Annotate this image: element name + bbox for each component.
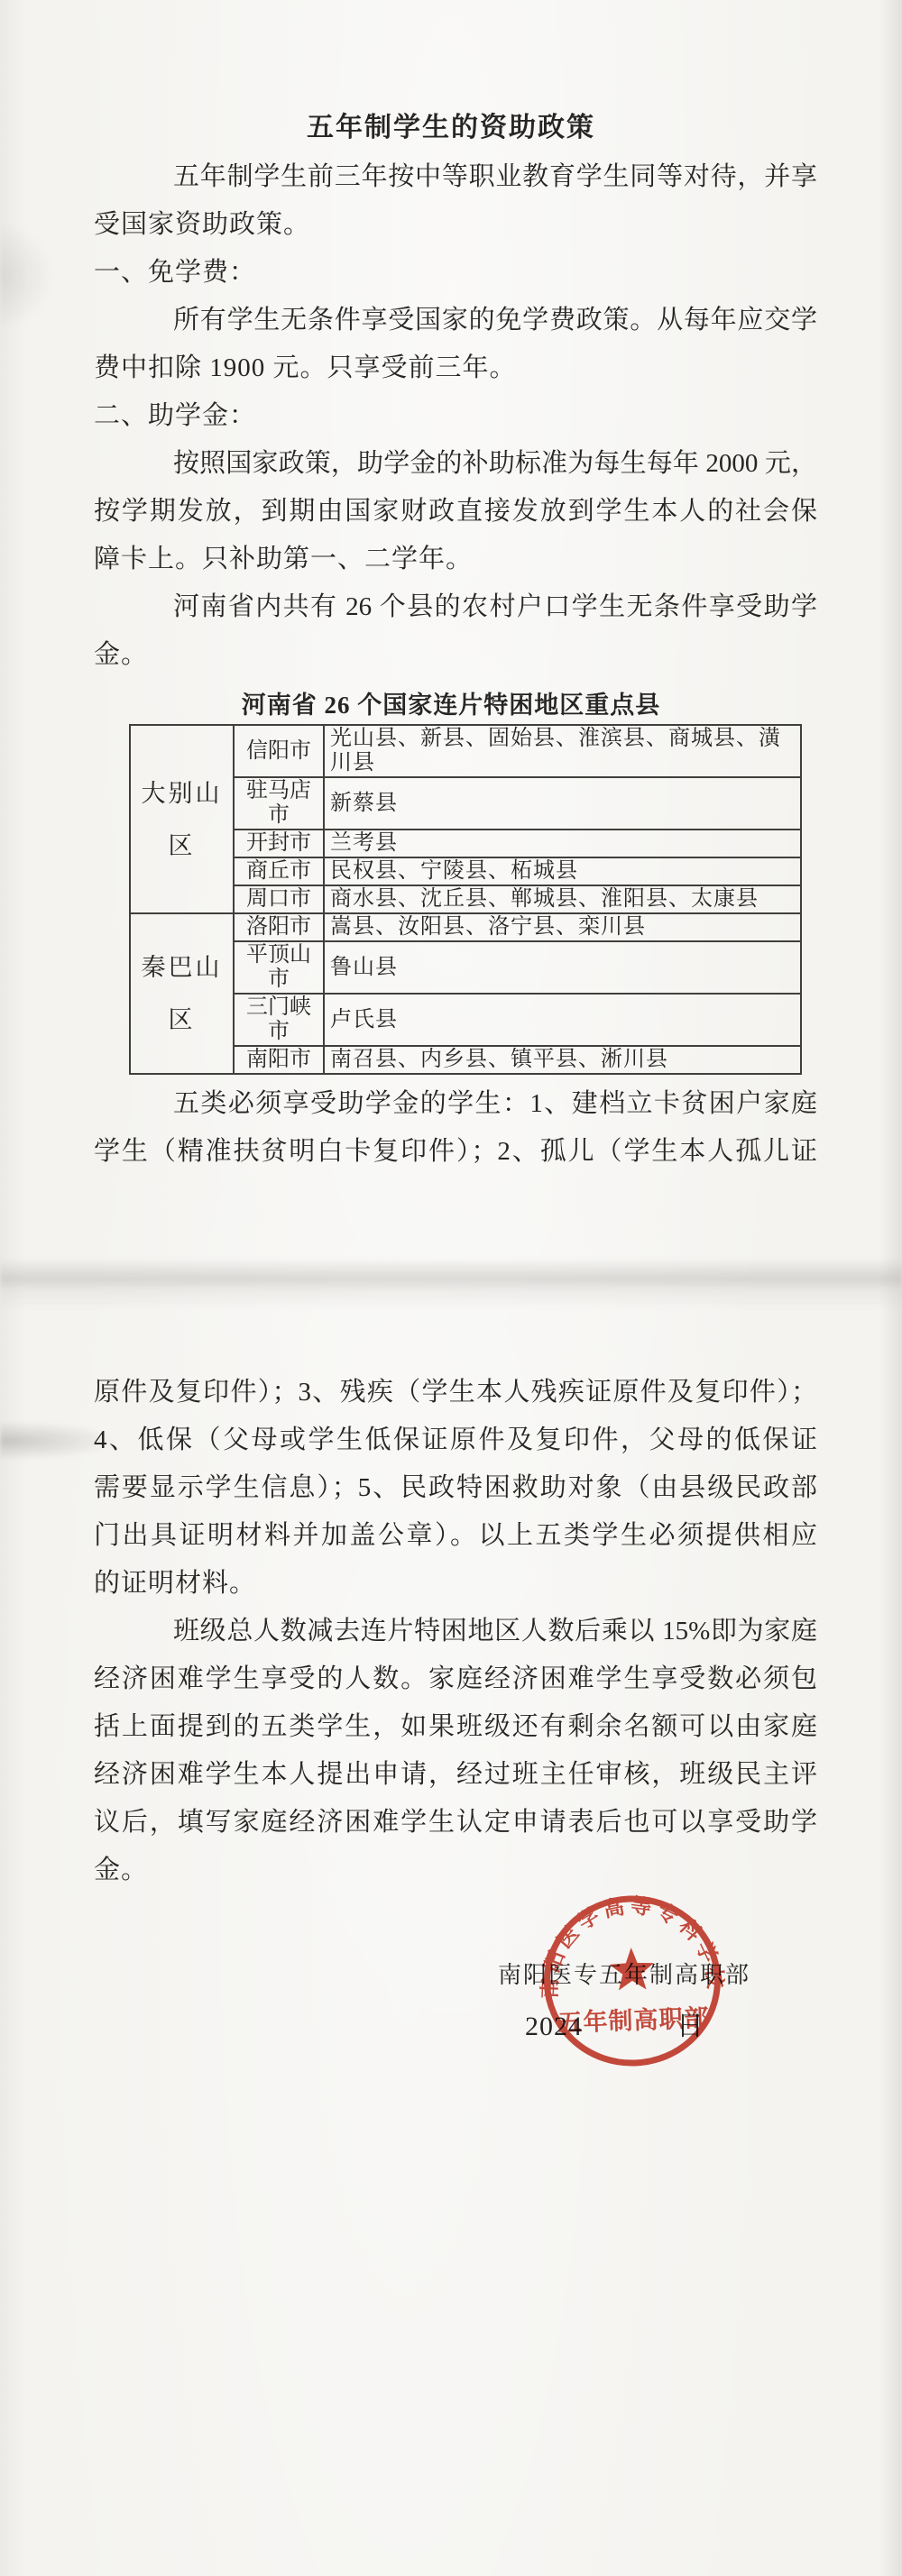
- text-line: 所有学生无条件享受国家的免学费政策。从每年应交学: [94, 297, 817, 344]
- city-cell: 驻马店市: [234, 777, 324, 830]
- text-line: 括上面提到的五类学生，如果班级还有剩余名额可以由家庭: [94, 1703, 817, 1751]
- region-cell: 大别山 区: [130, 725, 234, 913]
- scan-smudge: [0, 222, 54, 330]
- counties-cell: 兰考县: [324, 830, 801, 857]
- city-cell: 商丘市: [234, 857, 324, 885]
- text-line: 议后，填写家庭经济困难学生认定申请表后也可以享受助学: [94, 1799, 817, 1847]
- city-cell: 信阳市: [234, 725, 324, 777]
- text-line: 金。: [94, 1847, 817, 1894]
- city-cell: 平顶山市: [234, 941, 324, 994]
- text-line: 河南省内共有 26 个县的农村户口学生无条件享受助学: [94, 583, 817, 631]
- counties-cell: 新蔡县: [324, 777, 801, 830]
- text-line: 经济困难学生享受的人数。家庭经济困难学生享受数必须包: [94, 1655, 817, 1703]
- text-line: 的证明材料。: [94, 1560, 817, 1608]
- text-line: 障卡上。只补助第一、二学年。: [94, 536, 817, 583]
- region-cell: 秦巴山 区: [130, 913, 234, 1074]
- text-line: 费中扣除 1900 元。只享受前三年。: [94, 344, 817, 392]
- text-line: 按照国家政策，助学金的补助标准为每生每年 2000 元，: [94, 440, 817, 488]
- page1-bottom-text: 五类必须享受助学金的学生：1、建档立卡贫困户家庭学生（精准扶贫明白卡复印件）；2…: [94, 1080, 817, 1176]
- table-body: 大别山 区信阳市光山县、新县、固始县、淮滨县、商城县、潢川县驻马店市新蔡县开封市…: [130, 725, 801, 1074]
- text-line: 按学期发放，到期由国家财政直接发放到学生本人的社会保: [94, 488, 817, 536]
- counties-cell: 光山县、新县、固始县、淮滨县、商城县、潢川县: [324, 725, 801, 777]
- text-line: 4、低保（父母或学生低保证原件及复印件，父母的低保证: [94, 1416, 817, 1464]
- signature-date: 2024日: [525, 2003, 704, 2043]
- counties-cell: 卢氏县: [324, 994, 801, 1046]
- text-line: 需要显示学生信息）；5、民政特困救助对象（由县级民政部: [94, 1464, 817, 1512]
- city-cell: 开封市: [234, 830, 324, 857]
- counties-cell: 商水县、沈丘县、郸城县、淮阳县、太康县: [324, 885, 801, 913]
- city-cell: 三门峡市: [234, 994, 324, 1046]
- page1-body-text: 五年制学生前三年按中等职业教育学生同等对待，并享受国家资助政策。一、免学费：所有…: [94, 153, 817, 679]
- text-line: 班级总人数减去连片特困地区人数后乘以 15%即为家庭: [94, 1608, 817, 1655]
- table-title: 河南省 26 个国家连片特困地区重点县: [0, 685, 902, 720]
- table-row: 大别山 区信阳市光山县、新县、固始县、淮滨县、商城县、潢川县: [130, 725, 801, 777]
- counties-cell: 嵩县、汝阳县、洛宁县、栾川县: [324, 913, 801, 941]
- city-cell: 洛阳市: [234, 913, 324, 941]
- page-title: 五年制学生的资助政策: [0, 105, 902, 144]
- text-line: 五类必须享受助学金的学生：1、建档立卡贫困户家庭: [94, 1080, 817, 1128]
- text-line: 受国家资助政策。: [94, 201, 817, 249]
- text-line: 五年制学生前三年按中等职业教育学生同等对待，并享: [94, 153, 817, 201]
- text-line: 学生（精准扶贫明白卡复印件）；2、孤儿（学生本人孤儿证: [94, 1128, 817, 1176]
- text-line: 一、免学费：: [94, 249, 817, 297]
- page2-body-text: 原件及复印件）；3、残疾（学生本人残疾证原件及复印件）；4、低保（父母或学生低保…: [94, 1369, 817, 1894]
- counties-cell: 民权县、宁陵县、柘城县: [324, 857, 801, 885]
- text-line: 经济困难学生本人提出申请，经过班主任审核，班级民主评: [94, 1751, 817, 1799]
- table-row: 秦巴山 区洛阳市嵩县、汝阳县、洛宁县、栾川县: [130, 913, 801, 941]
- text-line: 门出具证明材料并加盖公章）。以上五类学生必须提供相应: [94, 1512, 817, 1560]
- date-year: 2024: [525, 2012, 583, 2041]
- text-line: 原件及复印件）；3、残疾（学生本人残疾证原件及复印件）；: [94, 1369, 817, 1416]
- city-cell: 南阳市: [234, 1046, 324, 1074]
- signature-department: 南阳医专五年制高职部: [498, 1957, 750, 1990]
- counties-cell: 南召县、内乡县、镇平县、淅川县: [324, 1046, 801, 1074]
- text-line: 金。: [94, 631, 817, 679]
- poverty-counties-table: 大别山 区信阳市光山县、新县、固始县、淮滨县、商城县、潢川县驻马店市新蔡县开封市…: [129, 724, 802, 1075]
- city-cell: 周口市: [234, 885, 324, 913]
- text-line: 二、助学金：: [94, 392, 817, 440]
- page-fold-shadow: [0, 1259, 902, 1309]
- date-day: 日: [676, 2012, 704, 2041]
- counties-cell: 鲁山县: [324, 941, 801, 994]
